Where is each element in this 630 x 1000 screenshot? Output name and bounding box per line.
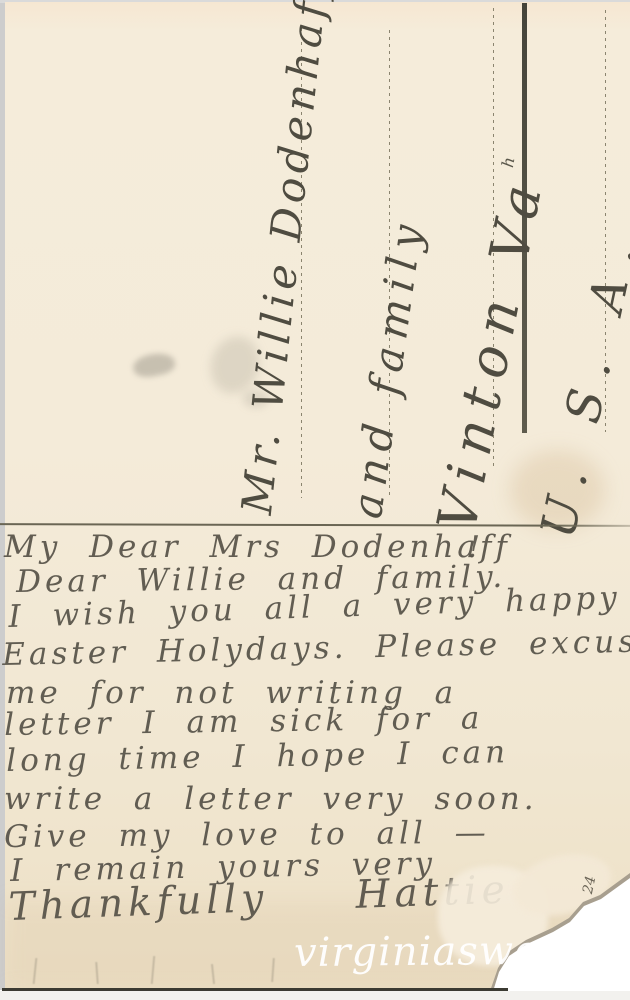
message-line: long time I hope I can (6, 737, 509, 777)
message-line: write a letter very soon. (4, 784, 538, 815)
exclamation-mark: ! (468, 533, 484, 563)
photo-watermark: virginiasweetpea.com (294, 926, 630, 976)
message-line: My Dear Mrs Dodenhaff (4, 532, 511, 563)
postcard-scan: Mr. Willie Dodenhaff and family Vinton V… (0, 0, 630, 1000)
scan-bottom-margin (0, 991, 630, 1000)
paper-smudge (131, 350, 177, 380)
